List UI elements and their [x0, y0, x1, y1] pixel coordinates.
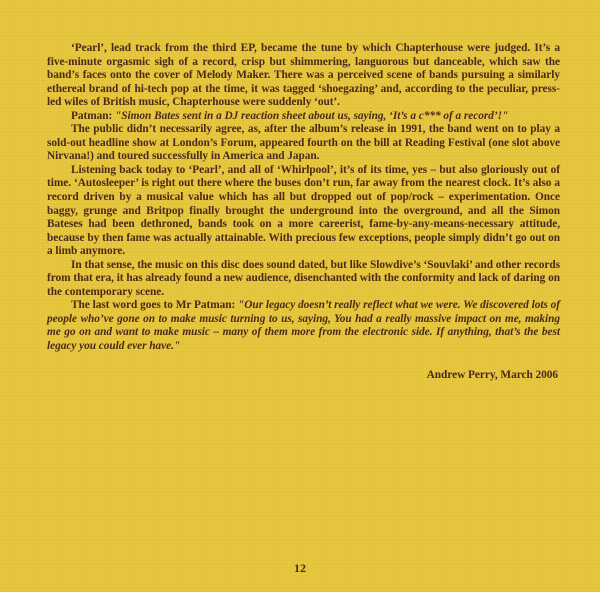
body-text: ‘Pearl’, lead track from the third EP, b… — [47, 42, 560, 108]
body-text: The last word goes to Mr Patman: — [71, 299, 238, 311]
paragraph-listening-back: Listening back today to ‘Pearl’, and all… — [47, 164, 560, 259]
page-number: 12 — [0, 561, 600, 576]
author-signature: Andrew Perry, March 2006 — [47, 369, 560, 383]
body-text: Listening back today to ‘Pearl’, and all… — [47, 164, 560, 257]
body-text: In that sense, the music on this disc do… — [47, 259, 560, 298]
paragraph-list: ‘Pearl’, lead track from the third EP, b… — [47, 42, 560, 354]
body-text: The public didn’t necessarily agree, as,… — [47, 123, 560, 162]
body-text: Patman: — [71, 110, 115, 122]
paragraph-that-sense: In that sense, the music on this disc do… — [47, 259, 560, 300]
quote-text: "Simon Bates sent in a DJ reaction sheet… — [115, 110, 508, 122]
paragraph-patman-quote: Patman: "Simon Bates sent in a DJ reacti… — [47, 110, 560, 124]
liner-notes-body: ‘Pearl’, lead track from the third EP, b… — [47, 42, 560, 382]
paragraph-public-reception: The public didn’t necessarily agree, as,… — [47, 123, 560, 164]
paragraph-pearl-intro: ‘Pearl’, lead track from the third EP, b… — [47, 42, 560, 110]
paragraph-last-word: The last word goes to Mr Patman: "Our le… — [47, 299, 560, 353]
